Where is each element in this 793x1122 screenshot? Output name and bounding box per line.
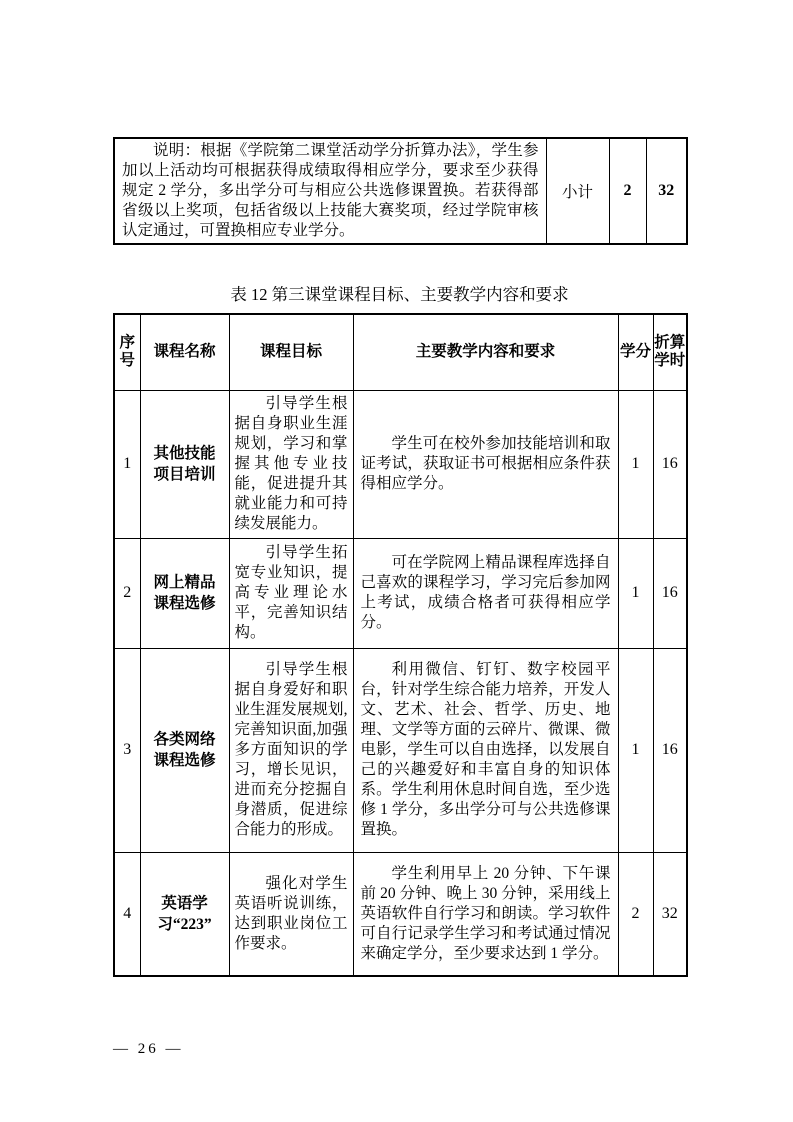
course-name: 网上精品课程选修 bbox=[140, 538, 229, 648]
summary-note-text: 说明：根据《学院第二课堂活动学分折算办法》，学生参加以上活动均可根据获得成绩取得… bbox=[114, 138, 546, 244]
course-hours: 16 bbox=[653, 648, 687, 852]
course-name: 各类网络课程选修 bbox=[140, 648, 229, 852]
course-hours: 32 bbox=[653, 852, 687, 976]
header-main-content: 主要教学内容和要求 bbox=[353, 314, 618, 390]
course-objective: 引导学生拓宽专业知识，提高专业理论水平，完善知识结构。 bbox=[229, 538, 353, 648]
course-content: 学生可在校外参加技能培训和取证考试，获取证书可根据相应条件获得相应学分。 bbox=[353, 390, 618, 538]
course-table: 序号 课程名称 课程目标 主要教学内容和要求 学分 折算学时 1 其他技能项目培… bbox=[113, 313, 688, 977]
header-index: 序号 bbox=[114, 314, 140, 390]
row-index: 4 bbox=[114, 852, 140, 976]
header-converted-hours: 折算学时 bbox=[653, 314, 687, 390]
course-table-header-row: 序号 课程名称 课程目标 主要教学内容和要求 学分 折算学时 bbox=[114, 314, 687, 390]
course-objective: 强化对学生英语听说训练，达到职业岗位工作要求。 bbox=[229, 852, 353, 976]
course-content: 利用微信、钉钉、数字校园平台，针对学生综合能力培养，开发人文、艺术、社会、哲学、… bbox=[353, 648, 618, 852]
course-credits: 2 bbox=[618, 852, 653, 976]
course-name: 英语学习“223” bbox=[140, 852, 229, 976]
course-credits: 1 bbox=[618, 538, 653, 648]
course-objective: 引导学生根据自身职业生涯规划，学习和掌握其他专业技能，促进提升其就业能力和可持续… bbox=[229, 390, 353, 538]
course-content: 可在学院网上精品课程库选择自己喜欢的课程学习，学习完后参加网上考试，成绩合格者可… bbox=[353, 538, 618, 648]
summary-table: 说明：根据《学院第二课堂活动学分折算办法》，学生参加以上活动均可根据获得成绩取得… bbox=[113, 137, 688, 245]
page-number: — 26 — bbox=[113, 1041, 184, 1058]
document-page: 说明：根据《学院第二课堂活动学分折算办法》，学生参加以上活动均可根据获得成绩取得… bbox=[0, 0, 793, 1122]
table-row: 1 其他技能项目培训 引导学生根据自身职业生涯规划，学习和掌握其他专业技能，促进… bbox=[114, 390, 687, 538]
subtotal-label: 小计 bbox=[546, 138, 609, 244]
header-credits: 学分 bbox=[618, 314, 653, 390]
course-objective: 引导学生根据自身爱好和职业生涯发展规划,完善知识面,加强多方面知识的学习，增长见… bbox=[229, 648, 353, 852]
table-row: 4 英语学习“223” 强化对学生英语听说训练，达到职业岗位工作要求。 学生利用… bbox=[114, 852, 687, 976]
row-index: 3 bbox=[114, 648, 140, 852]
table-row: 2 网上精品课程选修 引导学生拓宽专业知识，提高专业理论水平，完善知识结构。 可… bbox=[114, 538, 687, 648]
row-index: 2 bbox=[114, 538, 140, 648]
header-course-objective: 课程目标 bbox=[229, 314, 353, 390]
course-hours: 16 bbox=[653, 390, 687, 538]
row-index: 1 bbox=[114, 390, 140, 538]
subtotal-hours-value: 32 bbox=[646, 138, 687, 244]
table-title: 表 12 第三课堂课程目标、主要教学内容和要求 bbox=[113, 284, 686, 306]
course-content: 学生利用早上 20 分钟、下午课前 20 分钟、晚上 30 分钟，采用线上英语软… bbox=[353, 852, 618, 976]
table-row: 3 各类网络课程选修 引导学生根据自身爱好和职业生涯发展规划,完善知识面,加强多… bbox=[114, 648, 687, 852]
course-name: 其他技能项目培训 bbox=[140, 390, 229, 538]
course-credits: 1 bbox=[618, 390, 653, 538]
subtotal-credits-value: 2 bbox=[609, 138, 646, 244]
header-course-name: 课程名称 bbox=[140, 314, 229, 390]
summary-row: 说明：根据《学院第二课堂活动学分折算办法》，学生参加以上活动均可根据获得成绩取得… bbox=[114, 138, 687, 244]
course-credits: 1 bbox=[618, 648, 653, 852]
course-hours: 16 bbox=[653, 538, 687, 648]
